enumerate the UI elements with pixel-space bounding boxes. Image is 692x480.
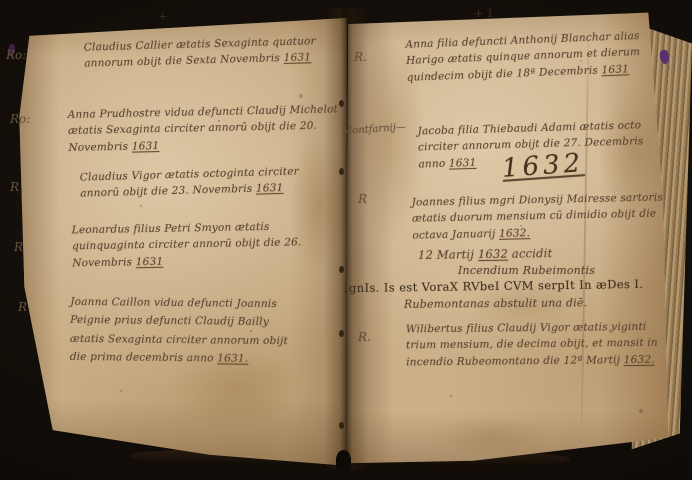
notice-pre: 12 Martij [418,247,474,262]
entry-text: Wilibertus filius Claudij Vigor ætatis v… [406,321,658,368]
gutter-bottom-notch [336,450,351,470]
burial-entry: Anna filia defuncti Anthonij Blanchar al… [405,27,659,85]
entry-year: 1631 [449,156,477,169]
entry-year: 1631. [217,353,248,365]
manuscript-photo: + + 1 Ro: Claudius Callier ætatis Sexagi… [0,0,692,480]
margin-annotation: Ro: [10,112,30,126]
entry-text: Claudius Callier ætatis Sexaginta quatuo… [84,35,316,70]
entry-text: Anna Prudhostre vidua defuncti Claudij M… [68,103,339,153]
right-page-top-mark: + 1 [474,7,494,20]
entry-text: Leonardus filius Petri Smyon ætatis quin… [72,221,302,269]
entry-year: 1632. [499,227,530,240]
year-heading: 1632 [501,143,586,189]
binding-stitch [339,168,344,175]
burial-entry: Joanna Caillon vidua defuncti Joannis Pe… [70,293,291,369]
burial-entry: Joannes filius mgri Dionysij Mairesse sa… [412,189,665,243]
fire-notice-closing: Rubemontanas abstulit una diē. [404,294,587,313]
entry-year: 1631 [136,255,164,267]
margin-annotation: R. [354,50,367,64]
burial-entry: Wilibertus filius Claudij Vigor ætatis v… [406,319,664,370]
entry-text: Joanna Caillon vidua defuncti Joannis Pe… [70,296,288,365]
margin-annotation: R [10,180,19,194]
burial-entry: Leonardus filius Petri Smyon ætatis quin… [72,218,341,271]
binding-stitch [339,266,344,273]
entry-year: 1631 [256,182,284,195]
margin-annotation: R [14,240,23,254]
binding-stitch [339,330,344,337]
left-page-top-mark: + [158,10,167,23]
entry-year: 1632. [624,353,655,365]
margin-annotation: R [358,192,367,206]
burial-entry: Anna Prudhostre vidua defuncti Claudij M… [68,101,351,156]
notice-post: accidit [512,246,553,261]
entry-year: 1631 [283,52,311,65]
binding-stitch [339,422,344,429]
entry-year: 1631 [132,140,160,153]
foxing-specks [0,0,2,2]
margin-annotation: Ro: [6,48,26,62]
notice-year: 1632 [478,247,508,261]
margin-annotation: R [18,300,27,314]
entry-year: 1631 [601,63,629,76]
margin-annotation: R. [358,330,371,344]
entry-text: Joannes filius mgri Dionysij Mairesse sa… [412,191,664,241]
